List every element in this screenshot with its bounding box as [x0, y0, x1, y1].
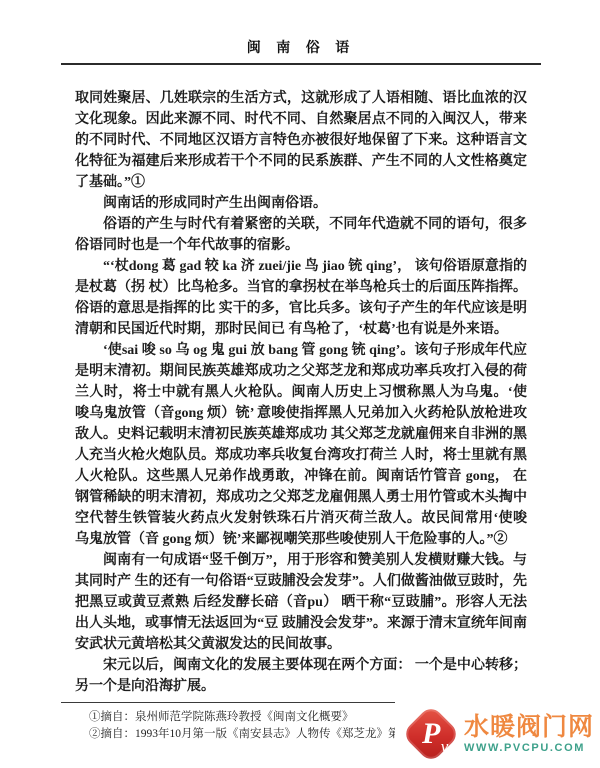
watermark-brand: 水暖阀门网 WWW.PVCPU.COM — [464, 714, 594, 753]
pv-logo-letter-v: v — [441, 738, 449, 755]
pv-logo-diamond: P v — [401, 704, 460, 763]
pv-logo-monogram: P v — [422, 719, 440, 749]
watermark-logo: P v 水暖阀门网 WWW.PVCPU.COM — [395, 702, 596, 766]
document-body: 取同姓聚居、几姓联宗的生活方式，这就形成了人语相随、语比血浓的汉文化现象。因此来… — [75, 88, 527, 692]
document-page: 闽 南 俗 语 取同姓聚居、几姓联宗的生活方式，这就形成了人语相随、语比血浓的汉… — [0, 0, 600, 768]
page-title: 闽 南 俗 语 — [75, 40, 527, 58]
paragraph: “‘杖dong 葛 gad 较 ka 济 zuei/jie 鸟 jiao 铳 q… — [75, 256, 527, 340]
pv-logo-icon: P v — [401, 704, 461, 764]
paragraph: 闽南有一句成语“竖千倒万”，用于形容和赞美别人发横财赚大钱。与其同时产 生的还有… — [75, 550, 527, 655]
header-divider — [61, 63, 541, 65]
paragraph: 俗语的产生与时代有着紧密的关联，不同年代造就不同的语句，很多俗语同时也是一个年代… — [75, 214, 527, 256]
paragraph: 取同姓聚居、几姓联宗的生活方式，这就形成了人语相随、语比血浓的汉文化现象。因此来… — [75, 88, 527, 193]
pv-logo-letter-p: P — [422, 717, 440, 750]
watermark-brand-name: 水暖阀门网 — [464, 714, 594, 740]
watermark-url: WWW.PVCPU.COM — [464, 742, 594, 754]
page-header: 闽 南 俗 语 — [75, 40, 527, 65]
paragraph: 宋元以后，闽南文化的发展主要体现在两个方面： 一个是中心转移；另一个是向沿海扩展… — [75, 655, 527, 692]
paragraph: ‘使sai 唆 so 乌 og 鬼 gui 放 bang 管 gong 铳 qi… — [75, 340, 527, 550]
paragraph: 闽南话的形成同时产生出闽南俗语。 — [75, 193, 527, 214]
